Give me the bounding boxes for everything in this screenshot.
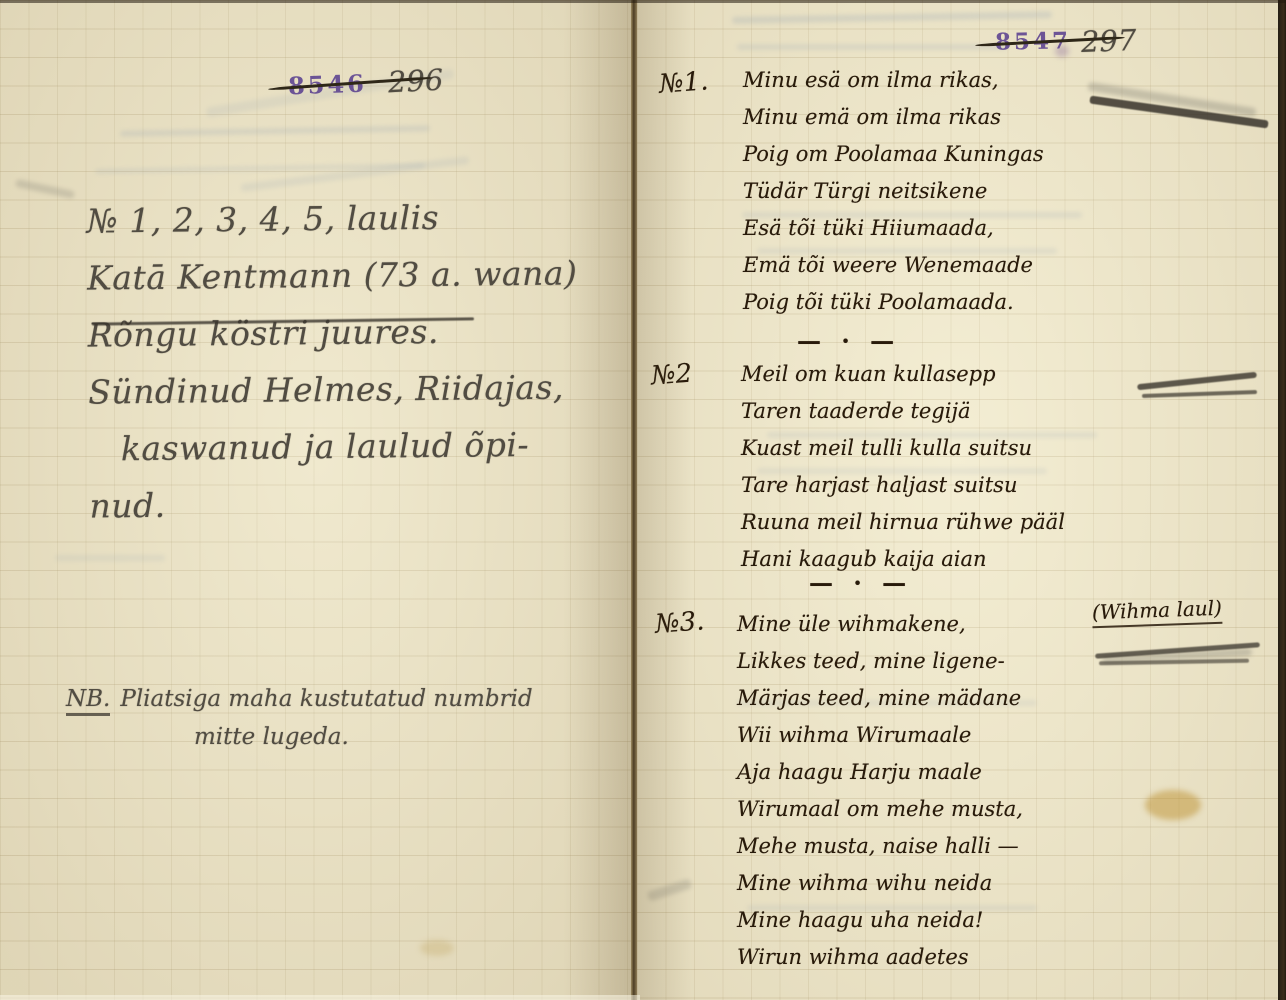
scan-edge-bottom: [0, 995, 640, 1000]
verse-line: Mine üle wihmakene,: [737, 606, 1023, 643]
nb-note: NB.Pliatsiga maha kustutatud numbrid mit…: [66, 680, 533, 756]
verse-line: Poig tõi tüki Poolamaada.: [743, 284, 1044, 321]
verse-line: Mine wihma wihu neida: [737, 865, 1023, 902]
song-title: (Wihma laul): [1092, 596, 1223, 629]
song-3-verse: Mine üle wihmakene,Likkes teed, mine lig…: [737, 606, 1023, 976]
nb-label: NB.: [66, 686, 110, 716]
nb-note-line1: NB.Pliatsiga maha kustutatud numbrid: [66, 680, 533, 718]
verse-line: Tare harjast haljast suitsu: [741, 467, 1065, 504]
ghost-writing: [240, 156, 469, 192]
verse-line: Poig om Poolamaa Kuningas: [743, 136, 1044, 173]
collector-note-line: Rõngu köstri juures.: [87, 301, 578, 363]
collector-note: № 1, 2, 3, 4, 5, laulisKatā Kentmann (73…: [86, 187, 580, 534]
pencil-scratch: [1137, 372, 1257, 391]
verse-line: Meil om kuan kullasepp: [741, 356, 1065, 393]
verse-divider: — · —: [809, 568, 912, 597]
verse-line: Ruuna meil hirnua rühwe pääl: [741, 504, 1065, 541]
collector-note-line: Katā Kentmann (73 a. wana): [87, 244, 578, 306]
ghost-writing: [55, 555, 165, 561]
right-page: 8547 297 №1. Minu esä om ilma rikas,Minu…: [637, 0, 1278, 1000]
ghost-writing: [737, 44, 1007, 50]
collector-note-line: Sündinud Helmes, Riidajas,: [88, 358, 579, 420]
verse-line: Mehe musta, naise halli —: [737, 828, 1023, 865]
verse-line: Taren taaderde tegijä: [741, 393, 1065, 430]
verse-line: Tüdär Türgi neitsikene: [743, 173, 1044, 210]
left-page: 8546 296 № 1, 2, 3, 4, 5, laulisKatā Ken…: [0, 0, 633, 1000]
verse-line: Kuast meil tulli kulla suitsu: [741, 430, 1065, 467]
verse-line: Wii wihma Wirumaale: [737, 717, 1023, 754]
book-gutter: [631, 0, 637, 1000]
verse-line: Aja haagu Harju maale: [737, 754, 1023, 791]
page-number: 297: [1080, 23, 1137, 59]
song-number: №1.: [658, 66, 709, 99]
verse-line: Likkes teed, mine ligene-: [737, 643, 1023, 680]
verse-divider: — · —: [797, 326, 900, 355]
verse-line: Wirun wihma aadetes: [737, 939, 1023, 976]
verse-line: Minu esä om ilma rikas,: [743, 62, 1044, 99]
ghost-writing: [15, 179, 75, 199]
ghost-writing: [732, 11, 1052, 24]
ghost-number: [647, 878, 693, 901]
verse-line: Wirumaal om mehe musta,: [737, 791, 1023, 828]
verse-line: Minu emä om ilma rikas: [743, 99, 1044, 136]
paper-stain: [420, 940, 454, 956]
manuscript-scan: 8546 296 № 1, 2, 3, 4, 5, laulisKatā Ken…: [0, 0, 1286, 1000]
scan-edge-top: [0, 0, 1286, 3]
song-2-verse: Meil om kuan kullaseppTaren taaderde teg…: [741, 356, 1065, 578]
song-number: №3.: [654, 606, 705, 639]
verse-line: Emä tõi weere Wenemaade: [743, 247, 1044, 284]
verse-line: Mine haagu uha neida!: [737, 902, 1023, 939]
scan-edge-right: [1278, 0, 1286, 1000]
nb-text2: mitte lugeda.: [194, 718, 533, 756]
ghost-smear: [120, 125, 430, 136]
song-number: №2: [650, 359, 693, 392]
pencil-scratch: [1142, 390, 1257, 398]
verse-line: Esä tõi tüki Hiiumaada,: [743, 210, 1044, 247]
verse-line: Märjas teed, mine mädane: [737, 680, 1023, 717]
nb-text1: Pliatsiga maha kustutatud numbrid: [120, 686, 532, 712]
gutter-shadow-right: [637, 0, 692, 1000]
collector-note-line: kaswanud ja laulud õpi-: [121, 415, 580, 477]
collector-note-line: № 1, 2, 3, 4, 5, laulis: [86, 187, 577, 249]
collector-note-line: nud.: [89, 472, 580, 534]
song-1-verse: Minu esä om ilma rikas,Minu emä om ilma …: [743, 62, 1044, 321]
paper-stain: [1145, 790, 1201, 820]
